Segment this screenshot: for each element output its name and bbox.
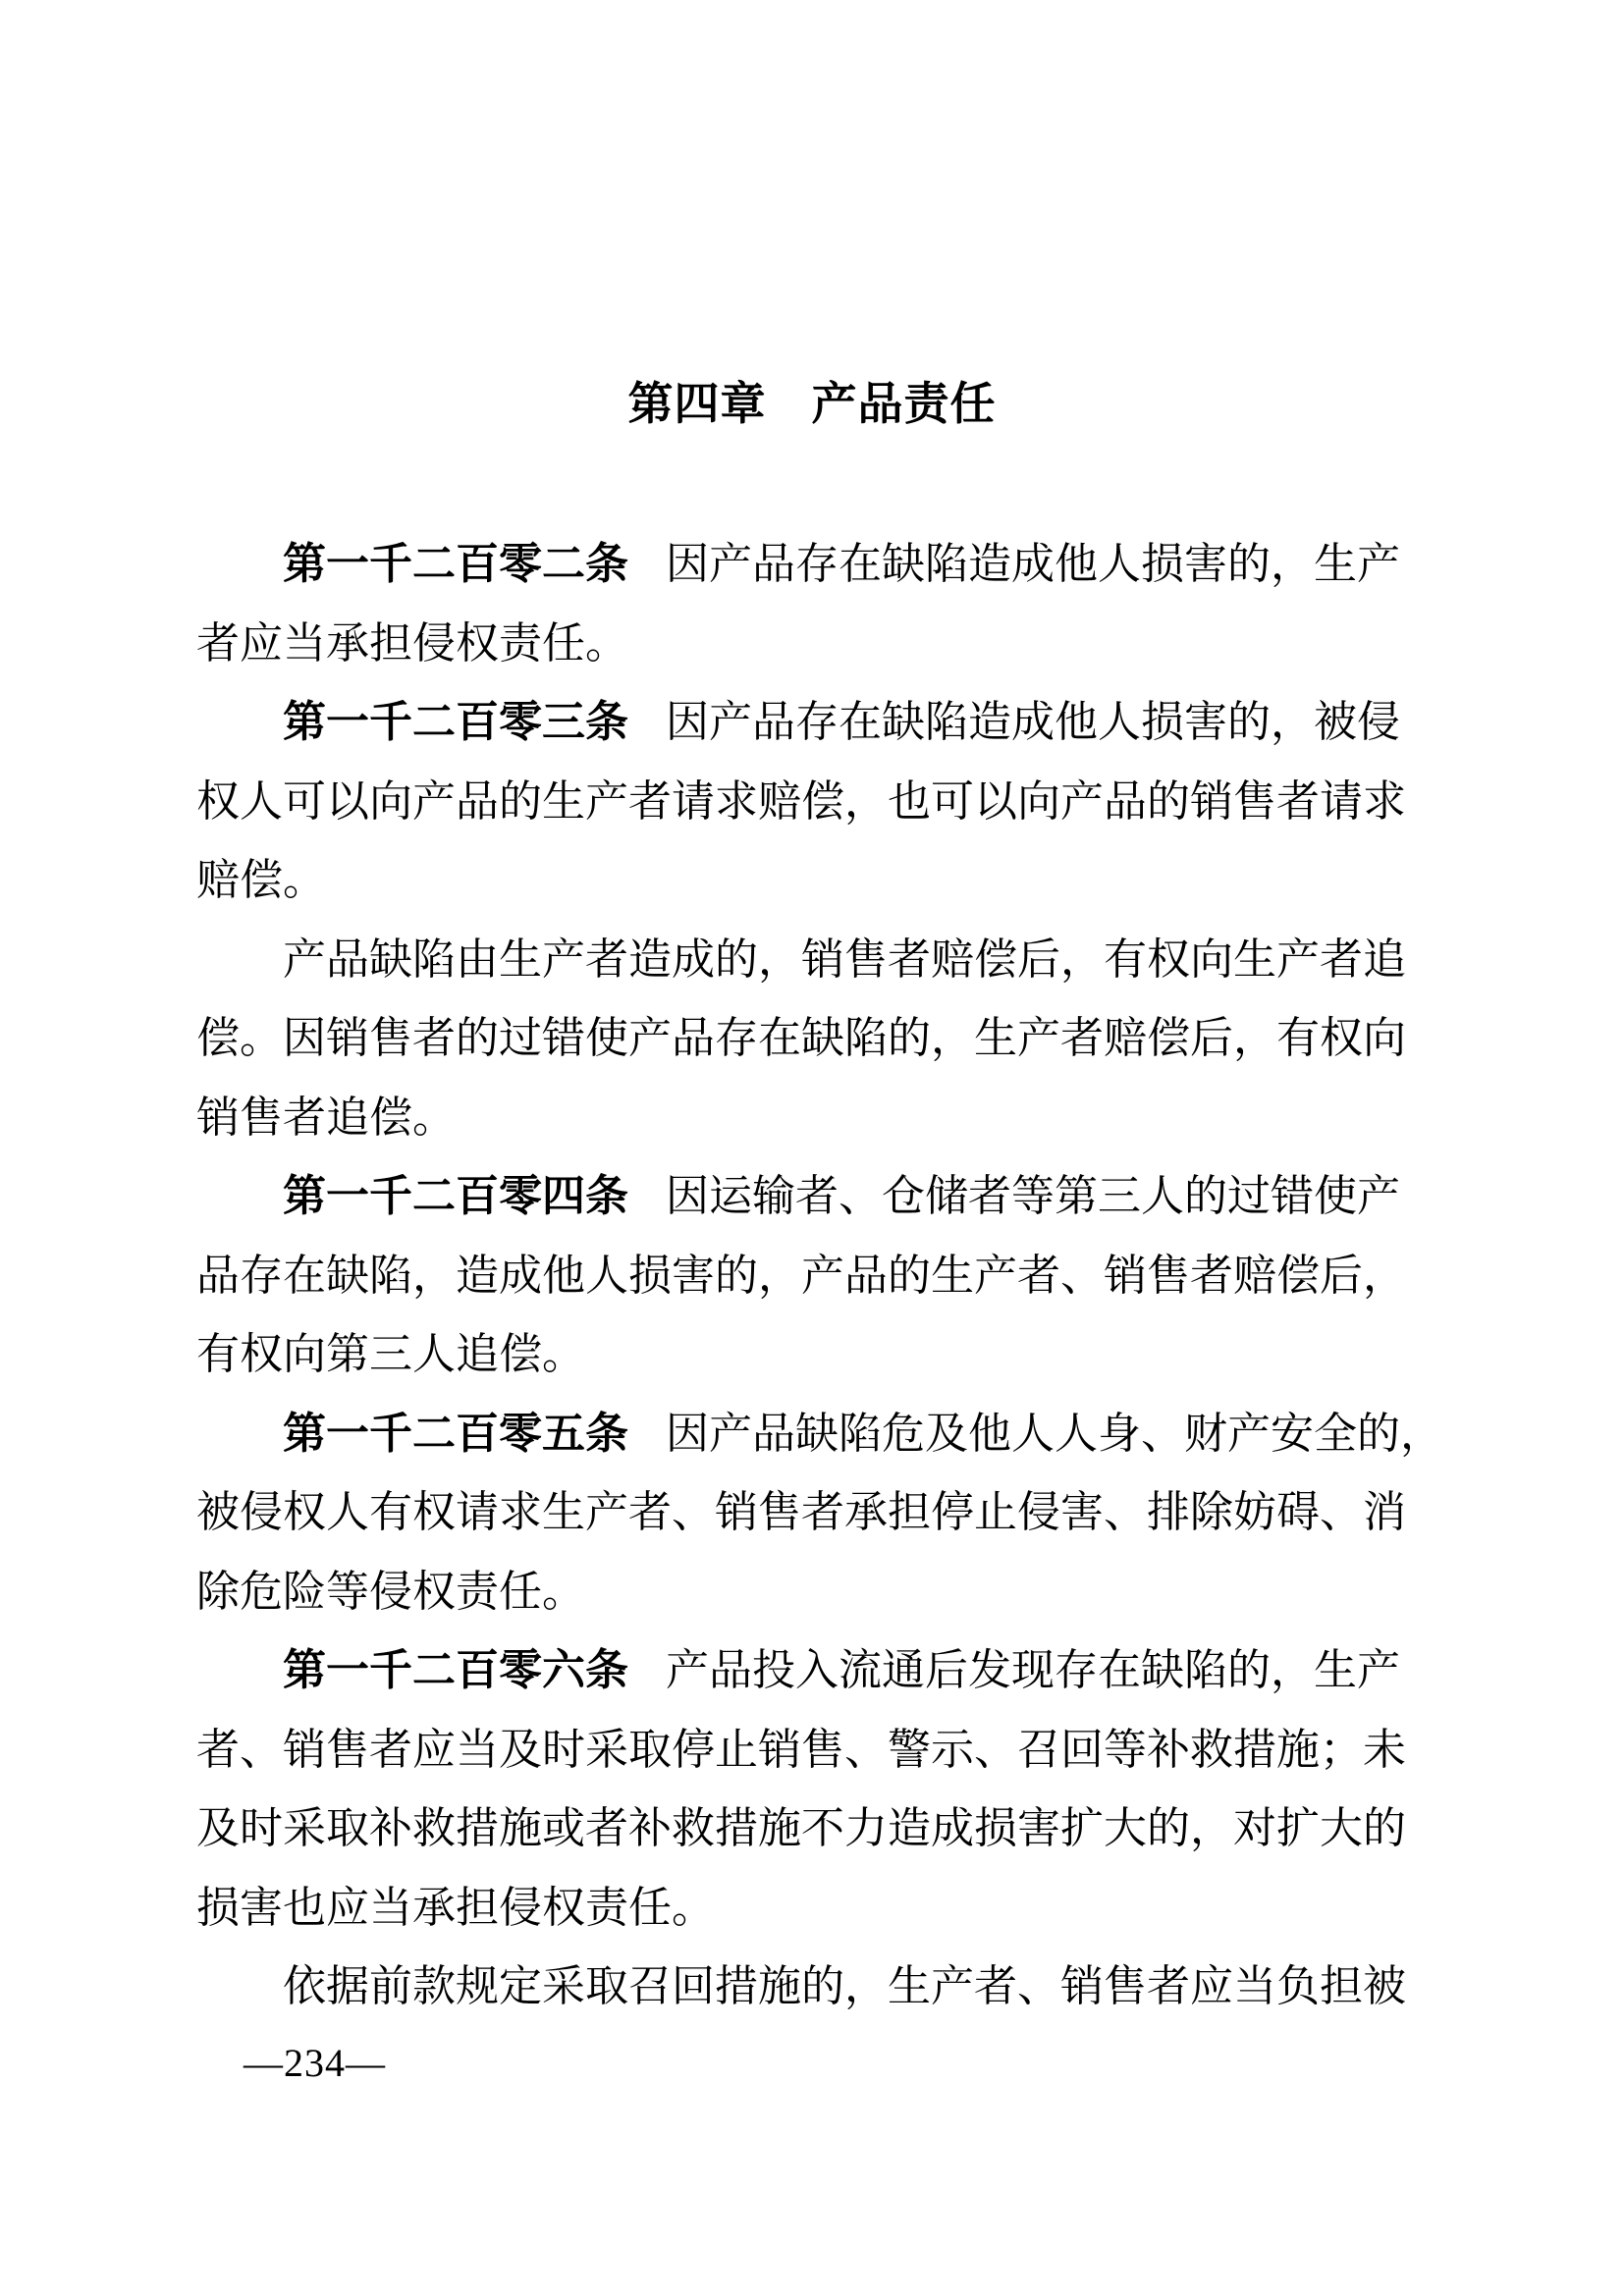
text-line: 产品缺陷由生产者造成的，销售者赔偿后，有权向生产者追 bbox=[196, 921, 1410, 1000]
line-text: 除危险等侵权责任。 bbox=[196, 1568, 585, 1616]
article-number: 第一千二百零二条 bbox=[283, 540, 628, 588]
text-line: 第一千二百零五条因产品缺陷危及他人人身、财产安全的， bbox=[196, 1395, 1410, 1474]
line-text: 依据前款规定采取召回措施的，生产者、销售者应当负担被 bbox=[283, 1962, 1406, 2010]
text-line: 依据前款规定采取召回措施的，生产者、销售者应当负担被 bbox=[196, 1948, 1410, 2027]
text-line: 品存在缺陷，造成他人损害的，产品的生产者、销售者赔偿后， bbox=[196, 1237, 1410, 1316]
line-text: 被侵权人有权请求生产者、销售者承担停止侵害、排除妨碍、消 bbox=[196, 1488, 1406, 1536]
text-line: 除危险等侵权责任。 bbox=[196, 1553, 1410, 1632]
chapter-title: 第四章产品责任 bbox=[0, 379, 1624, 428]
text-line: 偿。因销售者的过错使产品存在缺陷的，生产者赔偿后，有权向 bbox=[196, 999, 1410, 1079]
line-text: 因产品缺陷危及他人人身、财产安全的， bbox=[666, 1410, 1443, 1458]
chapter-number: 第四章 bbox=[628, 378, 767, 429]
line-text: 者应当承担侵权责任。 bbox=[196, 619, 628, 667]
line-text: 偿。因销售者的过错使产品存在缺陷的，生产者赔偿后，有权向 bbox=[196, 1014, 1406, 1062]
text-line: 损害也应当承担侵权责任。 bbox=[196, 1869, 1410, 1949]
line-text: 因产品存在缺陷造成他人损害的，被侵 bbox=[666, 698, 1400, 746]
article-number: 第一千二百零四条 bbox=[283, 1172, 628, 1220]
text-line: 第一千二百零三条因产品存在缺陷造成他人损害的，被侵 bbox=[196, 683, 1410, 763]
line-text: 销售者追偿。 bbox=[196, 1094, 456, 1142]
text-line: 者、销售者应当及时采取停止销售、警示、召回等补救措施；未 bbox=[196, 1711, 1410, 1790]
article-number: 第一千二百零六条 bbox=[283, 1646, 628, 1694]
line-text: 及时采取补救措施或者补救措施不力造成损害扩大的，对扩大的 bbox=[196, 1804, 1406, 1852]
text-line: 权人可以向产品的生产者请求赔偿，也可以向产品的销售者请求 bbox=[196, 763, 1410, 842]
line-text: 赔偿。 bbox=[196, 856, 326, 904]
text-line: 第一千二百零四条因运输者、仓储者等第三人的过错使产 bbox=[196, 1157, 1410, 1237]
line-text: 者、销售者应当及时采取停止销售、警示、召回等补救措施；未 bbox=[196, 1726, 1406, 1774]
text-line: 及时采取补救措施或者补救措施不力造成损害扩大的，对扩大的 bbox=[196, 1789, 1410, 1869]
line-text: 因产品存在缺陷造成他人损害的，生产 bbox=[666, 540, 1400, 588]
text-line: 销售者追偿。 bbox=[196, 1079, 1410, 1158]
page-number: —234— bbox=[244, 2040, 386, 2087]
line-text: 权人可以向产品的生产者请求赔偿，也可以向产品的销售者请求 bbox=[196, 777, 1406, 826]
text-line: 赔偿。 bbox=[196, 841, 1410, 921]
text-line: 第一千二百零六条产品投入流通后发现存在缺陷的，生产 bbox=[196, 1631, 1410, 1711]
text-line: 被侵权人有权请求生产者、销售者承担停止侵害、排除妨碍、消 bbox=[196, 1473, 1410, 1553]
line-text: 损害也应当承担侵权责任。 bbox=[196, 1884, 715, 1932]
text-line: 第一千二百零二条因产品存在缺陷造成他人损害的，生产 bbox=[196, 525, 1410, 605]
text-line: 者应当承担侵权责任。 bbox=[196, 605, 1410, 684]
article-number: 第一千二百零五条 bbox=[283, 1410, 628, 1458]
text-line: 有权向第三人追偿。 bbox=[196, 1315, 1410, 1395]
line-text: 因运输者、仓储者等第三人的过错使产 bbox=[666, 1172, 1400, 1220]
line-text: 产品缺陷由生产者造成的，销售者赔偿后，有权向生产者追 bbox=[283, 935, 1406, 984]
body-text: 第一千二百零二条因产品存在缺陷造成他人损害的，生产 者应当承担侵权责任。 第一千… bbox=[196, 525, 1410, 2027]
chapter-name: 产品责任 bbox=[812, 378, 997, 429]
line-text: 产品投入流通后发现存在缺陷的，生产 bbox=[666, 1646, 1400, 1694]
line-text: 品存在缺陷，造成他人损害的，产品的生产者、销售者赔偿后， bbox=[196, 1252, 1406, 1300]
article-number: 第一千二百零三条 bbox=[283, 698, 628, 746]
document-page: 第四章产品责任 第一千二百零二条因产品存在缺陷造成他人损害的，生产 者应当承担侵… bbox=[0, 0, 1624, 2296]
line-text: 有权向第三人追偿。 bbox=[196, 1330, 585, 1378]
